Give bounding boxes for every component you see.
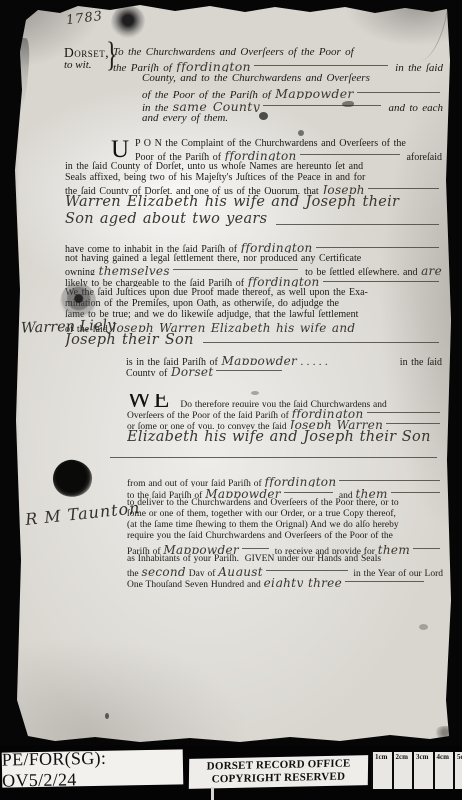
handwritten-text: eighty three [264,576,342,587]
ink-rule [323,281,439,282]
document-line: owning themselves to be ſettled elſewher… [65,264,442,275]
document-line: in the same County and to each [113,99,443,112]
printed-text: to the ſaid Pariſh of [127,491,205,498]
printed-text: One Thouſand Seven Hundred and [127,580,264,587]
handwritten-text: them [378,543,410,554]
handwritten-text: themselves [99,264,170,275]
document-line: as Inhabitants of your Pariſh. GIVEN und… [127,554,443,565]
printed-text: as Inhabitants of your Pariſh. GIVEN und… [127,554,381,564]
ink-rule [367,412,441,413]
document-line: Pariſh of Mappowder to receive and provi… [127,543,443,554]
ink-rule [368,188,439,189]
printed-text: have come to inhabit in the ſaid Pariſh … [65,244,241,252]
document-line: mination of the Premiſes, upon Oath, as … [65,298,442,309]
document-line: to deliver to the Churchwardens and Over… [127,498,443,509]
printed-text: the [127,569,141,576]
handwritten-text: ffordington [225,149,297,160]
ruler-cell: 5cm [453,752,462,789]
document-line: Overſeers of the Poor of the ſaid Pariſh… [127,407,443,418]
ink-rule [316,247,439,248]
printed-text: to be ſettled elſewhere, and [301,267,421,275]
printed-text: (at the ſame time ſhewing to them the Or… [127,520,399,530]
printed-text: to deliver to the Churchwardens and Over… [127,498,399,508]
ink-rule [339,480,440,481]
copyright-line: COPYRIGHT RESERVED [212,771,346,787]
address-section: To the Churchwardens and Overſeers of th… [113,46,443,125]
ruler-cell: 2cm [392,752,413,789]
ruler-cell: 3cm [412,752,433,789]
document-line: of the ſaid Joseph Warren Elizabeth his … [65,321,442,332]
printed-text: Seals affixed, being two of his Majeſty'… [65,172,365,183]
handwritten-text: Warren Elizabeth his wife and Joseph the… [65,194,399,210]
handwritten-text: Joseph Warren Elizabeth his wife and [111,321,355,332]
printed-text: aforeſaid [403,152,442,160]
printed-text: in the [142,102,173,112]
document-line: (at the ſame time ſhewing to them the Or… [127,520,443,531]
printed-text: County of [126,368,171,376]
printed-text: to receive and provide for [272,547,378,554]
printed-text: in the ſaid County of Dorſet, unto us wh… [65,161,363,172]
printed-text: of the Poor of the Pariſh of [142,89,275,99]
printed-text: likely to be chargeable to the ſaid Pari… [65,278,248,286]
large-initial: WE [127,394,171,404]
document-line: Seals affixed, being two of his Majeſty'… [65,172,442,183]
archive-reference-label: PE/FOR(SG): OV5/2/24 [2,749,184,787]
removal-order-section: WEDo therefore require you the ſaid Chur… [127,394,443,587]
ink-rule [173,269,299,270]
ink-rule [386,423,440,424]
justice-signature: R M Taunton [24,498,141,529]
ruler-cell: 4cm [433,752,454,789]
document-line: the Pariſh of ffordington in the ſaid [113,59,443,72]
document-line [107,453,440,461]
justice-seal-mark [60,283,96,320]
handwritten-text: ffordington [292,407,364,418]
ink-rule [284,492,333,493]
handwritten-text: Mappowder [163,543,239,554]
handwritten-text: Elizabeth his wife and Joseph their Son [127,429,431,445]
document-line: the second Day of August in the Year of … [127,565,443,576]
ink-speck [342,101,354,107]
ink-rule [263,105,381,106]
document-line: WEDo therefore require you the ſaid Chur… [127,394,443,407]
handwritten-text: same County [173,99,260,112]
printed-text: not having gained a legal ſettlement the… [65,253,361,264]
handwritten-text: Son aged about two years [65,211,273,227]
document-line: Joseph their Son [65,332,442,354]
ink-rule [216,370,282,371]
handwritten-text: them [356,487,388,498]
handwritten-text: ffordington [176,59,251,72]
ink-rule [254,65,388,66]
document-line: ſome or one of them, together with our O… [127,509,443,520]
ink-rule [391,492,440,493]
handwritten-text: August [218,565,263,576]
document-line: is in the ſaid Pariſh of Mappowder . . .… [65,354,442,365]
printed-text: from and out of your ſaid Pariſh of [127,479,265,486]
stain-mark [434,726,456,739]
ink-rule [413,548,440,549]
handwritten-text: Mappowder [205,487,281,498]
printed-text: or ſome or one of you, to convey the ſai… [127,422,290,429]
printed-text: Day of [186,569,218,576]
photo-footer-bar: PE/FOR(SG): OV5/2/24 DORSET RECORD OFFIC… [0,745,462,800]
printed-text: owning [65,267,99,275]
document-line: and every of them. [113,112,443,125]
handwritten-text: ffordington [241,241,313,252]
printed-text: mination of the Premiſes, upon Oath, as … [65,298,339,309]
adjudication-section: U P O N the Complaint of the Churchwarde… [65,138,442,376]
document-line: not having gained a legal ſettlement the… [65,253,442,264]
document-line: County, and to the Churchwardens and Ove… [113,72,443,85]
document-line: We the ſaid Juſtices upon due Proof made… [65,287,442,298]
handwritten-text: Dorset [171,365,213,376]
document-line: One Thouſand Seven Hundred and eighty th… [127,576,427,587]
document-line: To the Churchwardens and Overſeers of th… [113,46,443,59]
handwritten-text: Joseph [322,183,365,194]
margin-annotation: Warren Liely [21,317,116,336]
dropcap-letter: U [111,138,129,162]
document-line: require you the ſaid Churchwardens and O… [127,531,443,542]
ink-rule [276,224,439,225]
handwritten-text: Mappowder [275,86,354,99]
ink-speck [298,130,304,136]
ink-speck [259,112,268,120]
ink-rule [266,570,348,571]
handwritten-text: second [141,565,185,576]
printed-text: P O N the Complaint of the Churchwardens… [135,138,406,149]
document-line: Warren Elizabeth his wife and Joseph the… [65,194,442,211]
torn-edge-mark [12,38,31,111]
printed-text: Do therefore require you the ſaid Church… [180,400,386,407]
ink-rule [203,342,439,343]
handwritten-text: Mappowder [221,354,297,365]
year-annotation: 1783 [65,9,104,28]
printed-text: and [336,491,355,498]
footer-tick-mark [211,787,214,800]
printed-text: is in the ſaid Pariſh of [126,357,221,365]
ink-rule [300,154,400,155]
printed-text: the ſaid County of Dorſet, and one of us… [65,186,322,194]
handwritten-text: Joseph Warren [290,418,384,429]
ruler-cell: 1cm [371,752,392,789]
printed-text: County, and to the Churchwardens and Ove… [142,72,370,84]
printed-text: the Pariſh of [113,62,176,72]
printed-text: Overſeers of the Poor of the ſaid Pariſh… [127,411,292,418]
printed-text: in the ſaid [391,62,443,72]
handwritten-text: ffordington [248,275,320,286]
printed-text: We the ſaid Juſtices upon due Proof made… [65,287,368,298]
printed-text: require you the ſaid Churchwardens and O… [127,531,393,541]
document-line: to the ſaid Pariſh of Mappowder and them [127,487,443,498]
printed-text: and to each [384,102,443,112]
document-line: or ſome or one of you, to convey the ſai… [127,418,443,429]
printed-text: . . . . . [297,357,328,365]
document-line: the ſaid County of Dorſet, and one of us… [65,183,442,194]
printed-text: in the ſaid [400,357,442,365]
handwritten-text: ffordington [265,475,337,486]
document-line: of the Poor of the Pariſh of Mappowder [113,86,443,99]
handwritten-text: are [421,264,442,275]
ink-rule [345,581,424,582]
wax-seal-mark [50,456,96,500]
printed-text: ſome or one of them, together with our O… [127,509,396,519]
ink-rule [242,548,269,549]
ink-rule [110,457,437,458]
printed-text: Poor of the Pariſh of [135,152,225,160]
ink-blot-mark [111,5,145,39]
document-line: likely to be chargeable to the ſaid Pari… [65,275,442,286]
record-office-stamp: DORSET RECORD OFFICE COPYRIGHT RESERVED [189,755,368,789]
printed-text: To the Churchwardens and Overſeers of th… [113,46,354,58]
document-line: Elizabeth his wife and Joseph their Son [127,429,443,453]
ink-rule [357,92,440,93]
ink-speck [105,713,109,719]
ink-speck [251,391,259,395]
ink-speck [419,624,428,630]
scale-ruler: 1cm2cm3cm4cm5cm [371,752,462,789]
printed-text: and every of them. [142,112,228,124]
document-line: Son aged about two years [65,211,442,237]
document-line: have come to inhabit in the ſaid Pariſh … [65,241,442,252]
document-line: ſame to be true; and we do likewiſe adju… [65,309,442,320]
scanned-document-photo: 1783 Dorset, to wit. } To the Churchward… [0,0,462,800]
printed-text: Pariſh of [127,547,163,554]
document-line: from and out of your ſaid Pariſh of ffor… [127,475,443,486]
printed-text: in the Year of our Lord [351,569,443,576]
document-line: County of Dorset [65,365,285,376]
document-paper: 1783 Dorset, to wit. } To the Churchward… [0,0,462,750]
